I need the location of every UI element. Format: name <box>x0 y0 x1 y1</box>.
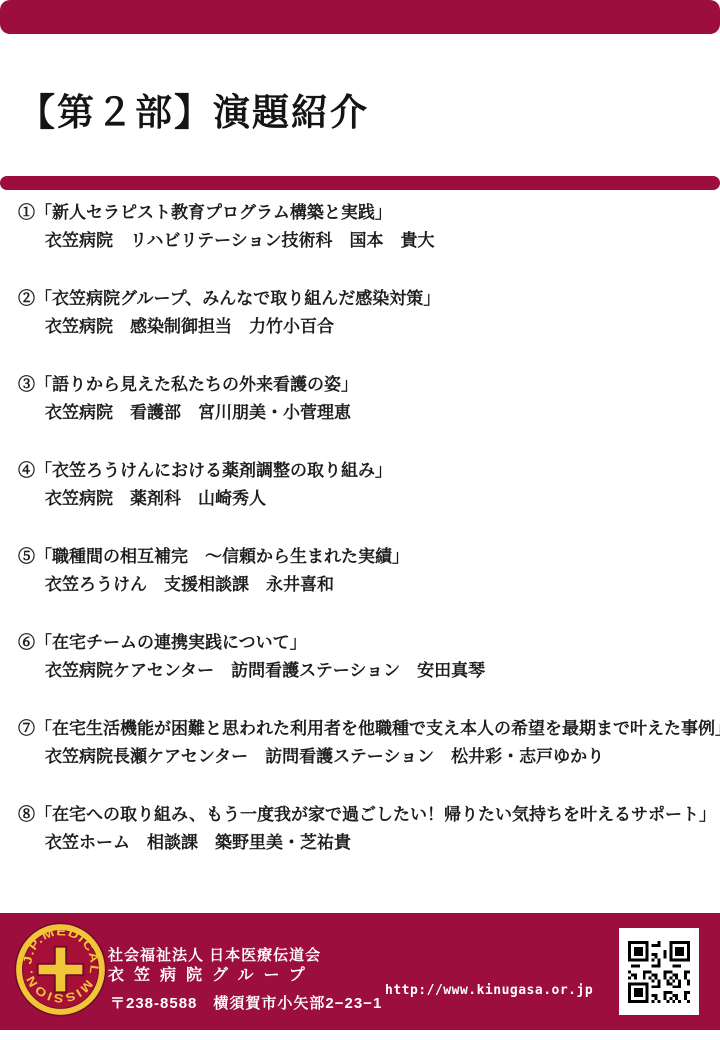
hospital-group-name: 衣笠病院グループ <box>108 962 315 985</box>
presentation-title: ⑧「在宅への取り組み、もう一度我が家で過ごしたい！帰りたい気持ちを叶えるサポート… <box>18 802 718 828</box>
top-accent-bar <box>0 0 720 34</box>
qr-code <box>619 928 699 1015</box>
item-title-text: 「在宅への取り組み、もう一度我が家で過ごしたい！帰りたい気持ちを叶えるサポート」 <box>35 805 716 824</box>
qr-pattern-icon <box>628 941 690 1003</box>
postal-address: 〒238-8588 横須賀市小矢部2−23−1 <box>110 992 382 1013</box>
presentation-presenter: 衣笠病院 薬剤科 山崎秀人 <box>18 486 718 512</box>
item-title-text: 「新人セラピスト教育プログラム構築と実践」 <box>35 203 392 222</box>
page-title: 【第２部】演題紹介 <box>18 82 369 136</box>
item-number: ⑤ <box>18 547 35 566</box>
presentation-title: ④「衣笠ろうけんにおける薬剤調整の取り組み」 <box>18 458 718 484</box>
presentation-title: ①「新人セラピスト教育プログラム構築と実践」 <box>18 200 718 226</box>
item-number: ⑥ <box>18 633 35 652</box>
presentation-title: ②「衣笠病院グループ、みんなで取り組んだ感染対策」 <box>18 286 718 312</box>
item-number: ② <box>18 289 35 308</box>
flyer-page: 【第２部】演題紹介 ①「新人セラピスト教育プログラム構築と実践」 衣笠病院 リハ… <box>0 0 720 1040</box>
presentation-list: ①「新人セラピスト教育プログラム構築と実践」 衣笠病院 リハビリテーション技術科… <box>18 200 718 888</box>
presentation-item: ②「衣笠病院グループ、みんなで取り組んだ感染対策」 衣笠病院 感染制御担当 力竹… <box>18 286 718 372</box>
presentation-presenter: 衣笠ろうけん 支援相談課 永井喜和 <box>18 572 718 598</box>
presentation-presenter: 衣笠病院 感染制御担当 力竹小百合 <box>18 314 718 340</box>
item-number: ⑦ <box>18 719 35 738</box>
presentation-item: ③「語りから見えた私たちの外来看護の姿」 衣笠病院 看護部 宮川朋美・小菅理恵 <box>18 372 718 458</box>
presentation-presenter: 衣笠病院 リハビリテーション技術科 国本 貴大 <box>18 228 718 254</box>
item-title-text: 「在宅チームの連携実践について」 <box>35 633 307 652</box>
presentation-item: ⑧「在宅への取り組み、もう一度我が家で過ごしたい！帰りたい気持ちを叶えるサポート… <box>18 802 718 888</box>
footer: J.P.MEDICAL MISSION. 社会福祉法人 日本医療伝道会 衣笠病院… <box>0 913 720 1030</box>
item-title-text: 「語りから見えた私たちの外来看護の姿」 <box>35 375 358 394</box>
presentation-item: ④「衣笠ろうけんにおける薬剤調整の取り組み」 衣笠病院 薬剤科 山崎秀人 <box>18 458 718 544</box>
item-number: ① <box>18 203 35 222</box>
item-title-text: 「衣笠病院グループ、みんなで取り組んだ感染対策」 <box>35 289 440 308</box>
presentation-presenter: 衣笠ホーム 相談課 築野里美・芝祐貴 <box>18 830 718 856</box>
presentation-title: ⑥「在宅チームの連携実践について」 <box>18 630 718 656</box>
item-number: ③ <box>18 375 35 394</box>
item-title-text: 「衣笠ろうけんにおける薬剤調整の取り組み」 <box>35 461 392 480</box>
item-number: ④ <box>18 461 35 480</box>
item-number: ⑧ <box>18 805 35 824</box>
presentation-item: ⑤「職種間の相互補完 ～信頼から生まれた実績」 衣笠ろうけん 支援相談課 永井喜… <box>18 544 718 630</box>
presentation-title: ③「語りから見えた私たちの外来看護の姿」 <box>18 372 718 398</box>
item-title-text: 「職種間の相互補完 ～信頼から生まれた実績」 <box>35 547 409 566</box>
section-divider-bar <box>0 176 720 190</box>
presentation-presenter: 衣笠病院 看護部 宮川朋美・小菅理恵 <box>18 400 718 426</box>
presentation-presenter: 衣笠病院ケアセンター 訪問看護ステーション 安田真琴 <box>18 658 718 684</box>
presentation-title: ⑤「職種間の相互補完 ～信頼から生まれた実績」 <box>18 544 718 570</box>
presentation-item: ①「新人セラピスト教育プログラム構築と実践」 衣笠病院 リハビリテーション技術科… <box>18 200 718 286</box>
website-url: http://www.kinugasa.or.jp <box>385 983 593 998</box>
presentation-presenter: 衣笠病院長瀬ケアセンター 訪問看護ステーション 松井彩・志戸ゆかり <box>18 744 718 770</box>
item-title-text: 「在宅生活機能が困難と思われた利用者を他職種で支え本人の希望を最期まで叶えた事例… <box>35 719 720 738</box>
presentation-title: ⑦「在宅生活機能が困難と思われた利用者を他職種で支え本人の希望を最期まで叶えた事… <box>18 716 718 742</box>
presentation-item: ⑦「在宅生活機能が困難と思われた利用者を他職種で支え本人の希望を最期まで叶えた事… <box>18 716 718 802</box>
jp-medical-mission-logo-icon: J.P.MEDICAL MISSION. <box>13 921 108 1018</box>
presentation-item: ⑥「在宅チームの連携実践について」 衣笠病院ケアセンター 訪問看護ステーション … <box>18 630 718 716</box>
